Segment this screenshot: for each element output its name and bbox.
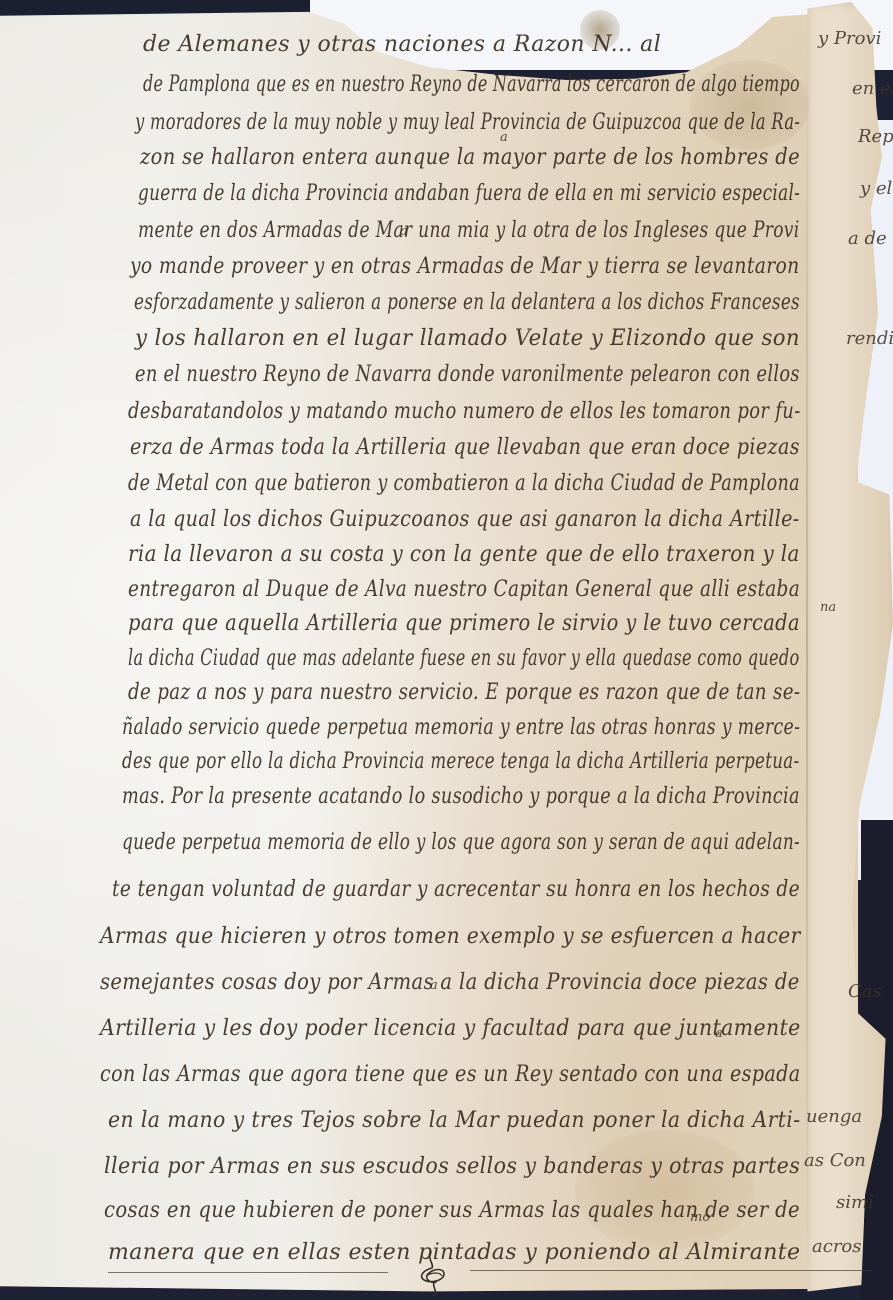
manuscript-line: quede perpetua memoria de ello y los que…	[122, 830, 800, 855]
manuscript-line: entregaron al Duque de Alva nuestro Capi…	[128, 577, 800, 602]
margin-note: a de	[848, 228, 887, 249]
manuscript-line: y los hallaron en el lugar llamado Velat…	[135, 326, 800, 351]
margin-note: Cas	[848, 981, 882, 1002]
manuscript-line: la dicha Ciudad que mas adelante fuese e…	[128, 646, 800, 671]
manuscript-line: de Alemanes y otras naciones a Razon N..…	[143, 32, 661, 57]
margin-note: uenga	[806, 1106, 862, 1127]
abbreviation-superscript: a	[430, 978, 438, 993]
manuscript-line: ñalado servicio quede perpetua memoria y…	[122, 715, 800, 740]
abbreviation-superscript: a	[500, 130, 508, 145]
manuscript-line: para que aquella Artilleria que primero …	[128, 611, 800, 636]
manuscript-line: Artilleria y les doy poder licencia y fa…	[100, 1016, 801, 1041]
manuscript-line: zon se hallaron entera aunque la mayor p…	[140, 145, 800, 170]
manuscript-line: Armas que hicieren y otros tomen exemplo…	[100, 924, 801, 949]
manuscript-line: y moradores de la muy noble y muy leal P…	[135, 110, 800, 135]
abbreviation-superscript: a	[400, 224, 408, 239]
margin-note: as Con	[804, 1150, 866, 1171]
manuscript-line: a la qual los dichos Guipuzcoanos que as…	[130, 507, 800, 532]
abbreviation-superscript: na	[820, 600, 836, 615]
rubric-flourish-icon	[410, 1250, 460, 1298]
margin-note: rendir	[846, 328, 893, 349]
manuscript-line: semejantes cosas doy por Armas a la dich…	[100, 970, 800, 995]
manuscript-line: de Metal con que batieron y combatieron …	[128, 471, 800, 496]
manuscript-line: con las Armas que agora tiene que es un …	[100, 1062, 801, 1087]
manuscript-line: en el nuestro Reyno de Navarra donde var…	[135, 362, 800, 387]
manuscript-line: yo mande proveer y en otras Armadas de M…	[130, 254, 800, 279]
margin-note: acros	[812, 1236, 862, 1257]
closing-rule-right	[470, 1270, 870, 1271]
manuscript-line: mente en dos Armadas de Mar una mia y la…	[138, 218, 800, 243]
manuscript-line: guerra de la dicha Provincia andaban fue…	[138, 181, 800, 206]
manuscript-line: esforzadamente y salieron a ponerse en l…	[134, 290, 800, 315]
manuscript-line: te tengan voluntad de guardar y acrecent…	[112, 877, 800, 902]
margin-note: simi	[836, 1192, 874, 1213]
margin-note: Rep	[858, 126, 893, 147]
manuscript-line: lleria por Armas en sus escudos sellos y…	[104, 1154, 800, 1179]
margin-note: y el	[860, 178, 892, 199]
manuscript-scan: de Alemanes y otras naciones a Razon N..…	[0, 0, 893, 1300]
manuscript-line: ria la llevaron a su costa y con la gent…	[128, 542, 800, 567]
manuscript-line: de Pamplona que es en nuestro Reyno de N…	[143, 72, 800, 97]
manuscript-line: erza de Armas toda la Artilleria que lle…	[130, 435, 800, 460]
manuscript-line: des que por ello la dicha Provincia mere…	[122, 749, 799, 774]
margin-note: y Provi	[818, 28, 881, 49]
manuscript-line: desbaratandolos y matando mucho numero d…	[128, 399, 801, 424]
abbreviation-superscript: mo	[690, 1210, 710, 1225]
closing-rule-left	[108, 1272, 388, 1273]
manuscript-line: mas. Por la presente acatando lo susodic…	[122, 784, 800, 809]
manuscript-line: de paz a nos y para nuestro servicio. E …	[128, 680, 800, 705]
manuscript-line: en la mano y tres Tejos sobre la Mar pue…	[108, 1108, 800, 1133]
manuscript-text: de Alemanes y otras naciones a Razon N..…	[0, 0, 893, 1300]
abbreviation-superscript: a	[715, 1026, 723, 1041]
margin-note: en el	[852, 78, 893, 99]
